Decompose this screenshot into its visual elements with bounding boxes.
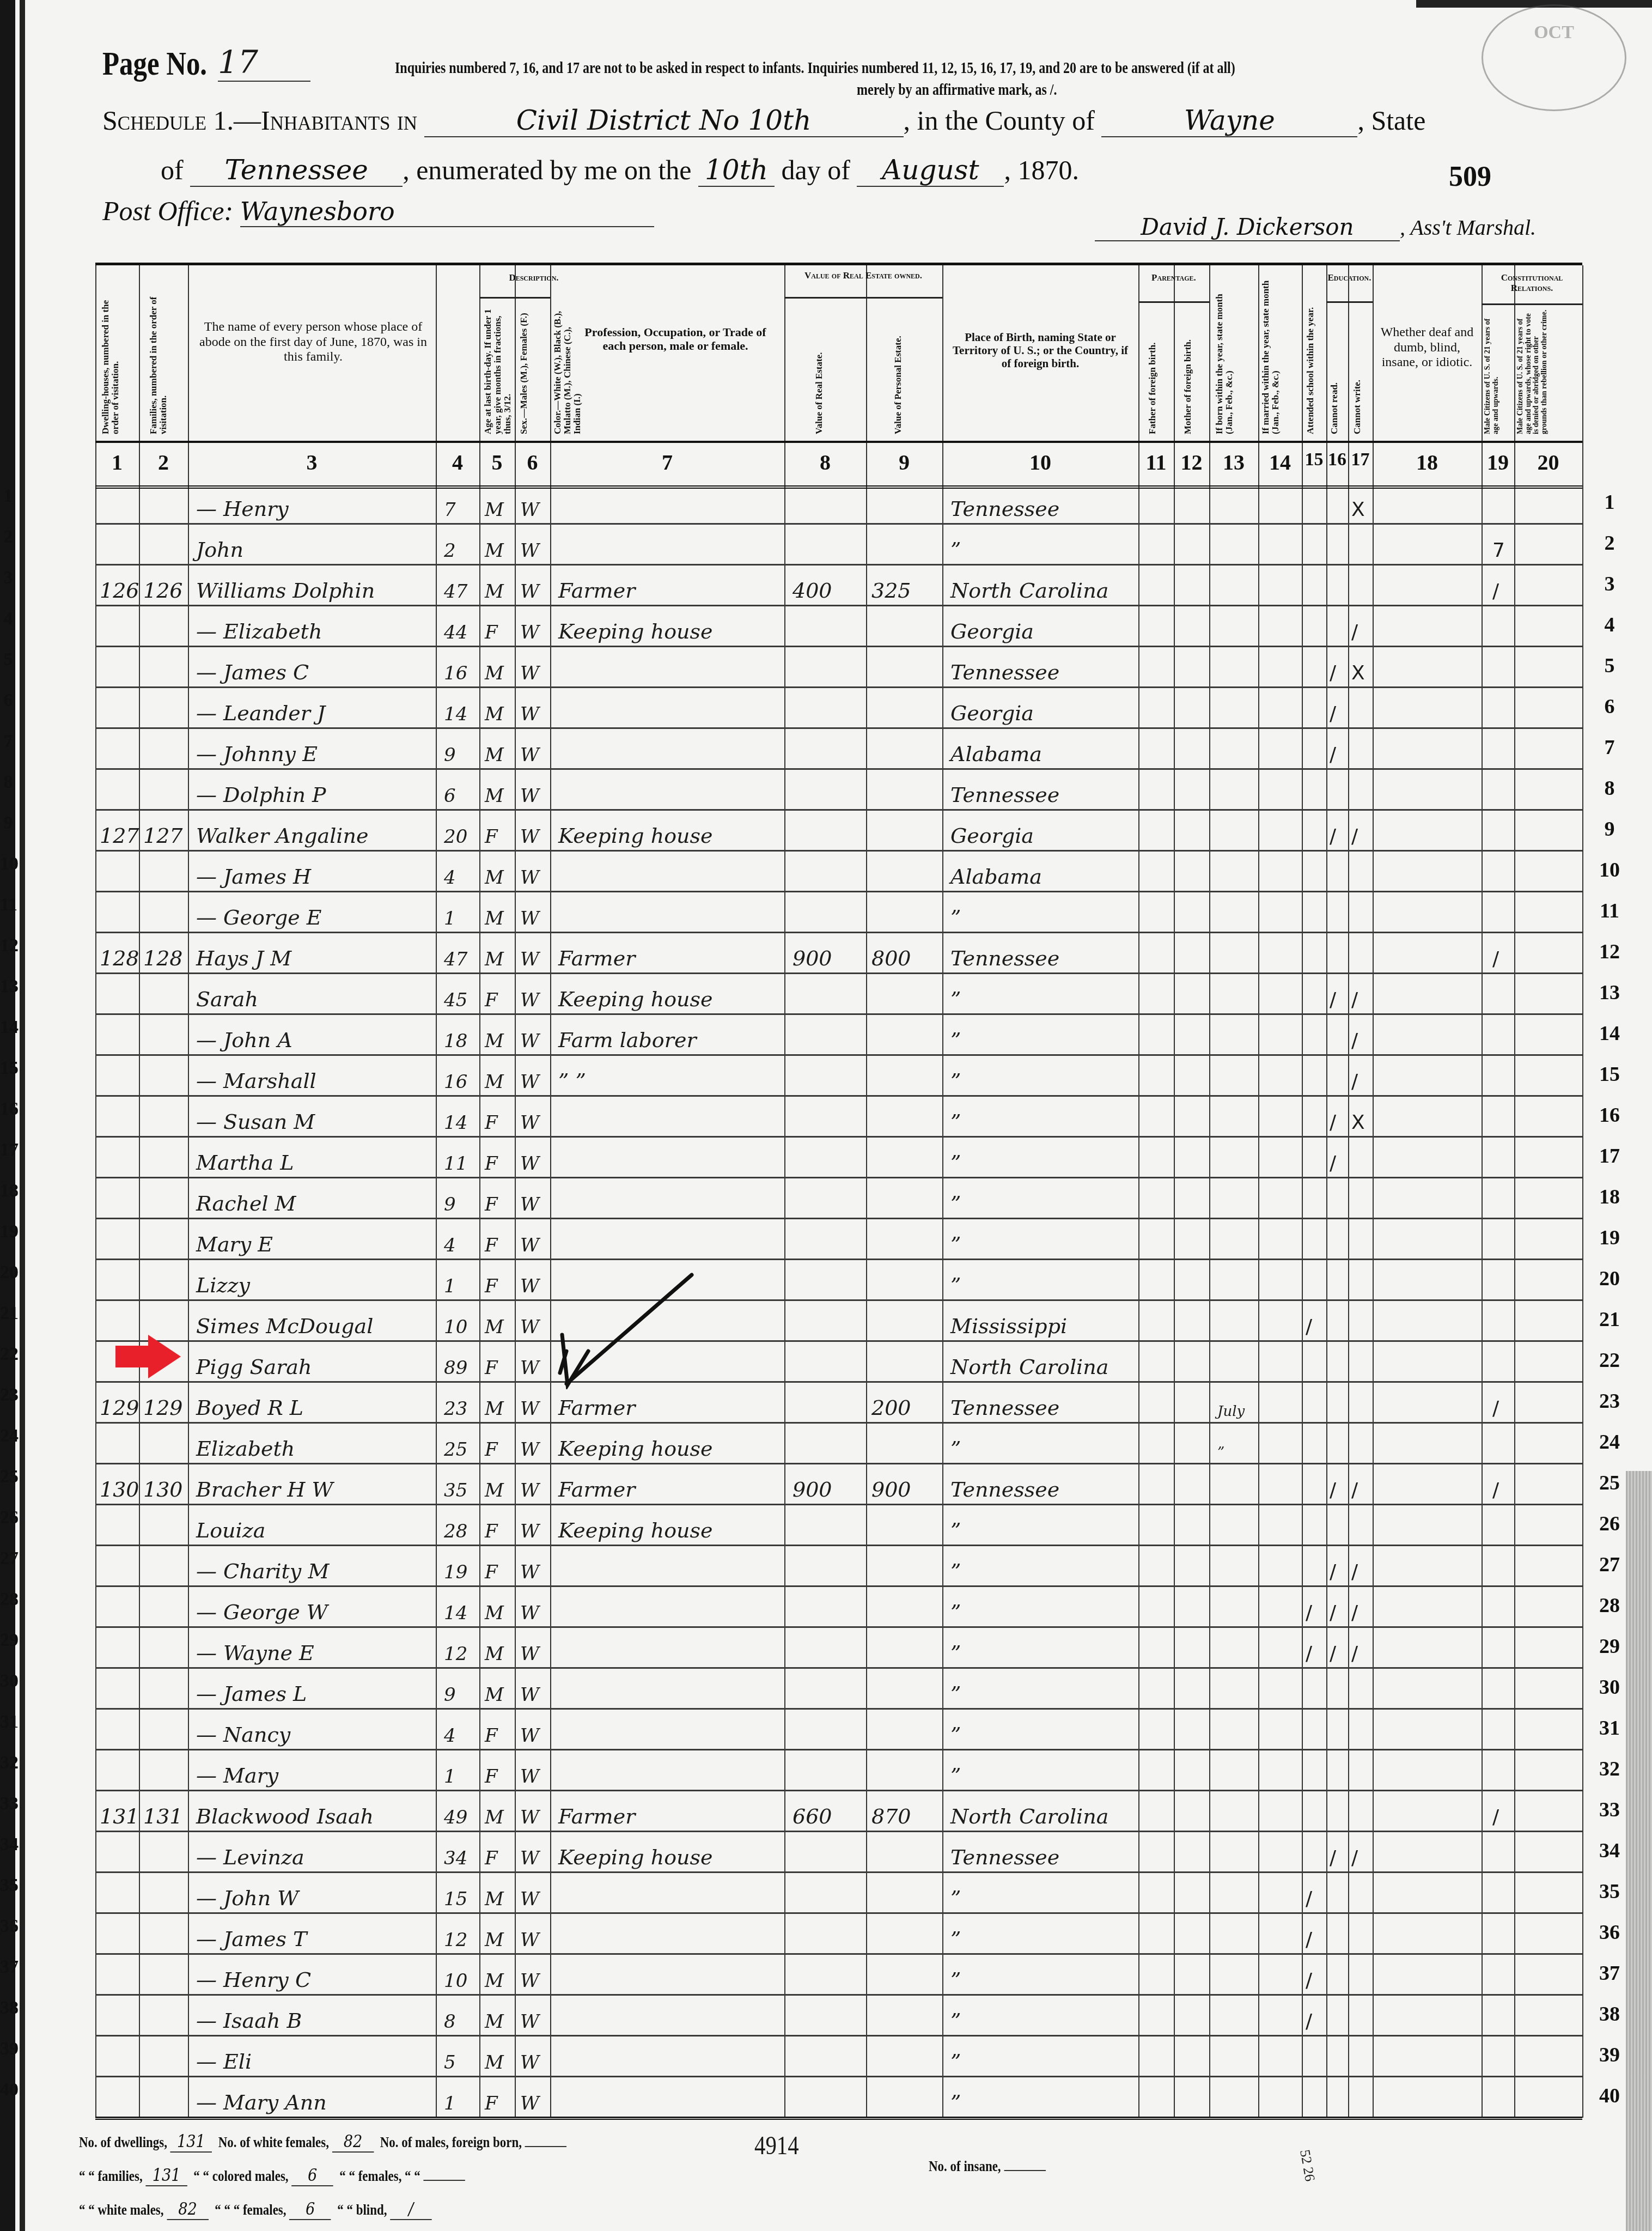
- table-row: Louiza28FWKeeping house”: [95, 1505, 1582, 1546]
- occupation: Keeping house: [558, 1518, 713, 1542]
- sex: M: [485, 1643, 504, 1665]
- age: 12: [444, 1929, 467, 1951]
- age: 1: [444, 2093, 456, 2114]
- real-estate-value: 400: [793, 579, 832, 603]
- row-number-right: 19: [1590, 1226, 1629, 1250]
- real-estate-value: 900: [793, 1478, 832, 1501]
- sex: M: [485, 1684, 504, 1706]
- row-number-right: 2: [1590, 531, 1629, 555]
- cannot-read: /: [1330, 1561, 1336, 1583]
- table-row: John2MW”7: [95, 524, 1582, 566]
- sex: M: [485, 867, 504, 889]
- age: 14: [444, 703, 467, 725]
- person-name: — James C: [196, 660, 309, 684]
- row-number-right: 39: [1590, 2043, 1629, 2067]
- checkmark-icon: [556, 1269, 697, 1389]
- person-name: — Nancy: [196, 1723, 290, 1747]
- sex: M: [485, 744, 504, 766]
- birthplace: ”: [950, 2050, 961, 2074]
- row-number-left: 29: [0, 1630, 16, 1651]
- post-office-field: Waynesboro: [240, 197, 654, 227]
- table-row: — George W14MW”///: [95, 1586, 1582, 1628]
- row-number-right: 4: [1590, 613, 1629, 637]
- row-number-left: 15: [0, 1058, 16, 1079]
- age: 23: [444, 1398, 467, 1420]
- table-row: — John W15MW”/: [95, 1873, 1582, 1914]
- row-number-right: 22: [1590, 1348, 1629, 1372]
- color: W: [520, 908, 539, 929]
- birthplace: Alabama: [950, 865, 1042, 889]
- sex: M: [485, 1929, 504, 1951]
- colored-males-value: 6: [291, 2165, 333, 2186]
- birthplace: ”: [950, 538, 961, 562]
- male-citizen: /: [1492, 1397, 1499, 1420]
- age: 19: [444, 1561, 467, 1583]
- person-name: Boyed R L: [196, 1396, 303, 1420]
- sex: F: [485, 1112, 498, 1134]
- birthplace: ”: [950, 1437, 961, 1461]
- cannot-write: /: [1351, 1643, 1358, 1665]
- post-office-label: Post Office:: [102, 196, 233, 226]
- colnum-17: 17: [1348, 449, 1373, 470]
- family-number: 126: [143, 579, 183, 603]
- family-number: 129: [143, 1396, 183, 1420]
- white-females-value: 82: [332, 2131, 374, 2153]
- birthplace: ”: [950, 1764, 961, 1788]
- row-number-left: 21: [0, 1303, 16, 1324]
- person-name: — Isaah B: [196, 2009, 302, 2033]
- cannot-write: X: [1351, 662, 1365, 684]
- row-number-right: 24: [1590, 1430, 1629, 1454]
- row-number-left: 38: [0, 1998, 16, 2019]
- birthplace: ”: [950, 1559, 961, 1583]
- attended-school: /: [1306, 1929, 1312, 1951]
- row-number-left: 35: [0, 1875, 16, 1896]
- age: 8: [444, 2011, 456, 2033]
- table-row: — George E1MW”: [95, 892, 1582, 933]
- row-number-right: 3: [1590, 572, 1629, 596]
- state-field: Tennessee: [190, 154, 403, 187]
- age: 12: [444, 1643, 467, 1665]
- table-row: — Nancy4FW”: [95, 1709, 1582, 1750]
- foreign-females-value: [424, 2180, 466, 2181]
- attended-school: /: [1306, 2010, 1312, 2033]
- row-number-left: 12: [0, 935, 16, 956]
- row-number-right: 11: [1590, 899, 1629, 923]
- row-number-left: 13: [0, 976, 16, 997]
- married-month: July: [1217, 1403, 1245, 1420]
- enumeration-line: of Tennessee, enumerated by me on the 10…: [161, 154, 1079, 187]
- table-row: — Eli5MW”: [95, 2036, 1582, 2077]
- birthplace: Georgia: [950, 619, 1034, 643]
- personal-estate-value: 900: [871, 1478, 911, 1501]
- color: W: [520, 1194, 539, 1215]
- row-number-right: 8: [1590, 776, 1629, 800]
- state-label: , State: [1357, 105, 1425, 136]
- birthplace: Tennessee: [950, 660, 1059, 684]
- person-name: Lizzy: [196, 1273, 250, 1297]
- personal-estate-value: 800: [871, 946, 911, 970]
- colnum-6: 6: [515, 449, 550, 475]
- attended-school: /: [1306, 1888, 1312, 1910]
- row-number-left: 18: [0, 1181, 16, 1201]
- dwelling-number: 127: [100, 824, 139, 848]
- value-group-header: Value of Real Estate owned.: [784, 271, 942, 281]
- cannot-read: /: [1330, 1847, 1336, 1869]
- color: W: [520, 499, 539, 521]
- row-number-right: 40: [1590, 2084, 1629, 2108]
- birthplace: ”: [950, 987, 961, 1011]
- person-name: — Dolphin P: [196, 783, 326, 807]
- birthplace: ”: [950, 1723, 961, 1747]
- personal-estate-value: 325: [871, 579, 911, 603]
- occupation: ” ”: [558, 1069, 586, 1093]
- occupation: Farmer: [558, 579, 635, 603]
- age: 4: [444, 1235, 456, 1256]
- age: 2: [444, 540, 456, 562]
- colnum-10: 10: [942, 449, 1138, 475]
- sex: F: [485, 1357, 498, 1379]
- color: W: [520, 826, 539, 848]
- color: W: [520, 989, 539, 1011]
- person-name: — James L: [196, 1682, 307, 1706]
- dwelling-number: 131: [100, 1804, 139, 1828]
- day-field: 10th: [698, 154, 775, 187]
- birthplace: Alabama: [950, 742, 1042, 766]
- birthplace: Georgia: [950, 701, 1034, 725]
- census-table: Dwelling-houses, numbered in the order o…: [95, 263, 1582, 2118]
- color: W: [520, 1153, 539, 1175]
- color: W: [520, 2052, 539, 2074]
- row-number-right: 29: [1590, 1634, 1629, 1658]
- row-number-right: 28: [1590, 1594, 1629, 1618]
- table-row: 126126Williams Dolphin47MWFarmer400325No…: [95, 565, 1582, 606]
- person-name: — Leander J: [196, 701, 325, 725]
- color: W: [520, 1275, 539, 1297]
- row-number-left: 3: [0, 568, 16, 588]
- birthplace: ”: [950, 1069, 961, 1093]
- row-number-right: 15: [1590, 1062, 1629, 1086]
- row-number-left: 4: [0, 609, 16, 629]
- constitutional-group-header: Constitutional Relations.: [1482, 273, 1582, 293]
- colnum-18: 18: [1373, 449, 1482, 475]
- page-number-value: 17: [218, 44, 310, 82]
- person-name: Walker Angaline: [196, 824, 369, 848]
- colnum-16: 16: [1326, 449, 1348, 470]
- color: W: [520, 2093, 539, 2114]
- birthplace: ”: [950, 1232, 961, 1256]
- blind-value: /: [390, 2198, 432, 2220]
- col5-header: Sex.—Males (M.), Females (F.): [519, 303, 546, 434]
- row-number-right: 16: [1590, 1103, 1629, 1127]
- cannot-write: /: [1351, 989, 1358, 1011]
- person-name: Rachel M: [196, 1192, 296, 1215]
- col2-header: Families, numbered in the order of visit…: [149, 276, 181, 434]
- cannot-read: /: [1330, 744, 1336, 766]
- person-name: — Susan M: [196, 1110, 315, 1134]
- occupation: Keeping house: [558, 824, 713, 848]
- birthplace: ”: [950, 1110, 961, 1134]
- row-number-left: 27: [0, 1548, 16, 1569]
- row-number-right: 13: [1590, 981, 1629, 1005]
- row-number-left: 26: [0, 1507, 16, 1528]
- row-number-left: 28: [0, 1589, 16, 1610]
- real-estate-value: 660: [793, 1804, 832, 1828]
- month-field: August: [857, 154, 1004, 187]
- color: W: [520, 867, 539, 889]
- summary-dwellings: No. of dwellings, 131 No. of white femal…: [79, 2131, 566, 2153]
- col18-header: Whether deaf and dumb, blind, insane, or…: [1375, 325, 1479, 370]
- birthplace: ”: [950, 1600, 961, 1624]
- person-name: — James H: [196, 865, 311, 889]
- person-name: Bracher H W: [196, 1478, 333, 1501]
- age: 14: [444, 1602, 467, 1624]
- sex: M: [485, 703, 504, 725]
- age: 4: [444, 1725, 456, 1747]
- dwelling-number: 128: [100, 946, 139, 970]
- cannot-read: /: [1330, 1152, 1336, 1175]
- row-number-left: 5: [0, 649, 16, 670]
- table-row: — James C16MWTennessee/X: [95, 647, 1582, 688]
- birthplace: North Carolina: [950, 579, 1108, 603]
- married-month: ”: [1217, 1444, 1224, 1461]
- row-number-left: 34: [0, 1834, 16, 1855]
- person-name: — Marshall: [196, 1069, 316, 1093]
- scan-edge-left-inner: [20, 0, 25, 2231]
- person-name: Blackwood Isaah: [196, 1804, 374, 1828]
- person-name: Louiza: [196, 1518, 265, 1542]
- county-label: , in the County of: [904, 105, 1095, 136]
- table-row: Mary E4FW”: [95, 1219, 1582, 1260]
- row-number-left: 25: [0, 1467, 16, 1487]
- red-arrow-icon: [115, 1335, 181, 1378]
- sex: F: [485, 1521, 498, 1542]
- col1-header: Dwelling-houses, numbered in the order o…: [101, 276, 133, 434]
- colnum-7: 7: [550, 449, 784, 475]
- attended-school: /: [1306, 1643, 1312, 1665]
- age: 25: [444, 1439, 467, 1461]
- person-name: — John W: [196, 1886, 298, 1910]
- row-number-left: 23: [0, 1385, 16, 1406]
- inquiry-note-line2: merely by an affirmative mark, as /.: [857, 81, 1057, 99]
- dwelling-number: 129: [100, 1396, 139, 1420]
- cannot-write: /: [1351, 825, 1358, 848]
- sex: F: [485, 622, 498, 643]
- row-number-right: 17: [1590, 1144, 1629, 1168]
- row-number-left: 40: [0, 2080, 16, 2100]
- cannot-write: /: [1351, 621, 1358, 643]
- age: 1: [444, 908, 456, 929]
- table-row: Simes McDougal10MWMississippi/: [95, 1300, 1582, 1342]
- sex: M: [485, 662, 504, 684]
- row-number-right: 33: [1590, 1798, 1629, 1822]
- colnum-3: 3: [188, 449, 436, 475]
- row-number-left: 20: [0, 1262, 16, 1283]
- birthplace: North Carolina: [950, 1804, 1108, 1828]
- row-number-left: 6: [0, 690, 16, 711]
- sex: F: [485, 1766, 498, 1788]
- color: W: [520, 1929, 539, 1951]
- sex: M: [485, 1316, 504, 1338]
- row-number-left: 11: [0, 895, 16, 915]
- person-name: — Eli: [196, 2050, 252, 2074]
- white-males-value: 82: [167, 2198, 209, 2220]
- table-row: 127127Walker Angaline20FWKeeping houseGe…: [95, 810, 1582, 852]
- sex: M: [485, 1071, 504, 1093]
- color: W: [520, 785, 539, 807]
- person-name: — George W: [196, 1600, 328, 1624]
- row-number-right: 21: [1590, 1308, 1629, 1332]
- person-name: — Wayne E: [196, 1641, 314, 1665]
- age: 14: [444, 1112, 467, 1134]
- col4-header: Age at last birth-day. If under 1 year, …: [483, 303, 516, 434]
- age: 1: [444, 1275, 456, 1297]
- occupation: Keeping house: [558, 619, 713, 643]
- colnum-12: 12: [1174, 449, 1209, 475]
- birthplace: ”: [950, 1518, 961, 1542]
- age: 15: [444, 1888, 467, 1910]
- row-number-left: 36: [0, 1916, 16, 1937]
- row-number-right: 38: [1590, 2002, 1629, 2026]
- table-row: 129129Boyed R L23MWFarmer200TennesseeJul…: [95, 1382, 1582, 1424]
- dwelling-number: 126: [100, 579, 139, 603]
- birthplace: ”: [950, 2090, 961, 2114]
- sex: F: [485, 1235, 498, 1256]
- birthplace: ”: [950, 1192, 961, 1215]
- family-number: 127: [143, 824, 183, 848]
- cannot-write: /: [1351, 1479, 1358, 1501]
- summary-insane: No. of insane,: [929, 2158, 1046, 2175]
- row-number-left: 33: [0, 1794, 16, 1814]
- table-row: — Mary Ann1FW”: [95, 2077, 1582, 2118]
- age: 4: [444, 867, 456, 889]
- color: W: [520, 1439, 539, 1461]
- row-number-left: 14: [0, 1017, 16, 1038]
- scan-smudge-right: [1626, 1471, 1652, 2231]
- person-name: — Henry: [196, 497, 289, 521]
- birthplace: Tennessee: [950, 1845, 1059, 1869]
- colnum-4: 4: [436, 449, 479, 475]
- table-row: — Dolphin P6MWTennessee: [95, 769, 1582, 811]
- row-number-right: 1: [1590, 490, 1629, 514]
- row-number-right: 6: [1590, 695, 1629, 719]
- person-name: — Mary Ann: [196, 2090, 327, 2114]
- row-number-left: 16: [0, 1099, 16, 1120]
- family-number: 130: [143, 1478, 183, 1501]
- row-number-right: 23: [1590, 1389, 1629, 1413]
- age: 45: [444, 989, 467, 1011]
- colnum-9: 9: [866, 449, 942, 475]
- row-number-right: 37: [1590, 1961, 1629, 1985]
- row-number-left: 19: [0, 1221, 16, 1242]
- col16-header: Cannot read.: [1330, 314, 1346, 434]
- sex: M: [485, 1398, 504, 1420]
- table-row: — James L9MW”: [95, 1668, 1582, 1710]
- row-number-right: 7: [1590, 735, 1629, 759]
- cannot-read: /: [1330, 1479, 1336, 1501]
- birthplace: North Carolina: [950, 1355, 1108, 1379]
- post-office-line: Post Office: Waynesboro: [102, 195, 654, 227]
- district-field: Civil District No 10th: [424, 105, 904, 137]
- color: W: [520, 662, 539, 684]
- sex: M: [485, 1970, 504, 1992]
- color: W: [520, 622, 539, 643]
- birthplace: ”: [950, 1641, 961, 1665]
- sex: M: [485, 540, 504, 562]
- row-number-left: 24: [0, 1426, 16, 1446]
- age: 89: [444, 1357, 467, 1379]
- sex: M: [485, 1480, 504, 1501]
- age: 16: [444, 662, 467, 684]
- birthplace: Tennessee: [950, 946, 1059, 970]
- cannot-write: /: [1351, 1602, 1358, 1624]
- margin-note: 4914: [754, 2131, 799, 2161]
- marshal-signature: David J. Dickerson: [1095, 214, 1400, 241]
- age: 47: [444, 949, 467, 970]
- color: W: [520, 703, 539, 725]
- row-number-right: 14: [1590, 1022, 1629, 1045]
- row-number-right: 9: [1590, 817, 1629, 841]
- cannot-write: X: [1351, 499, 1365, 521]
- colnum-19: 19: [1482, 449, 1514, 475]
- person-name: Hays J M: [196, 946, 291, 970]
- education-group-header: Education.: [1326, 273, 1373, 283]
- birthplace: ”: [950, 1028, 961, 1052]
- row-number-left: 31: [0, 1712, 16, 1732]
- summary-families: “ “ families, 131 “ “ colored males, 6 “…: [79, 2165, 465, 2186]
- person-name: — Charity M: [196, 1559, 329, 1583]
- col13-header: If born within the year, state month (Ja…: [1215, 276, 1253, 434]
- person-name: — James T: [196, 1927, 307, 1951]
- table-row: — Henry C10MW”/: [95, 1954, 1582, 1996]
- table-row: 128128Hays J M47MWFarmer900800Tennessee/: [95, 933, 1582, 974]
- person-name: — Henry C: [196, 1968, 311, 1992]
- row-number-right: 18: [1590, 1185, 1629, 1209]
- age: 9: [444, 1194, 456, 1215]
- attended-school: /: [1306, 1969, 1312, 1992]
- male-citizen: /: [1492, 580, 1499, 603]
- color: W: [520, 1684, 539, 1706]
- male-citizen: 7: [1492, 539, 1505, 562]
- row-number-left: 2: [0, 527, 16, 548]
- row-number-left: 8: [0, 772, 16, 793]
- table-row: Pigg Sarah89FWNorth Carolina: [95, 1341, 1582, 1383]
- county-field: Wayne: [1101, 105, 1357, 137]
- colnum-14: 14: [1258, 449, 1302, 475]
- table-row: Sarah45FWKeeping house”//: [95, 974, 1582, 1015]
- age: 10: [444, 1970, 467, 1992]
- birthplace: ”: [950, 2009, 961, 2033]
- color: W: [520, 1970, 539, 1992]
- table-row: — Wayne E12MW”///: [95, 1627, 1582, 1669]
- cannot-write: /: [1351, 1847, 1358, 1869]
- age: 44: [444, 622, 467, 643]
- table-row: 130130Bracher H W35MWFarmer900900Tenness…: [95, 1464, 1582, 1505]
- person-name: Mary E: [196, 1232, 273, 1256]
- row-number-left: 9: [0, 813, 16, 834]
- schedule-label: Schedule 1.—Inhabitants in: [102, 105, 417, 136]
- table-row: — Elizabeth44FWKeeping houseGeorgia/: [95, 606, 1582, 647]
- color: W: [520, 949, 539, 970]
- received-stamp: OCT: [1482, 4, 1626, 111]
- col14-header: If married within the year, state month …: [1261, 276, 1299, 434]
- person-name: — Elizabeth: [196, 619, 322, 643]
- row-number-left: 39: [0, 2039, 16, 2059]
- person-name: Williams Dolphin: [196, 579, 375, 603]
- col15-header: Attended school within the year.: [1306, 276, 1324, 434]
- row-number-left: 32: [0, 1753, 16, 1773]
- color: W: [520, 1480, 539, 1501]
